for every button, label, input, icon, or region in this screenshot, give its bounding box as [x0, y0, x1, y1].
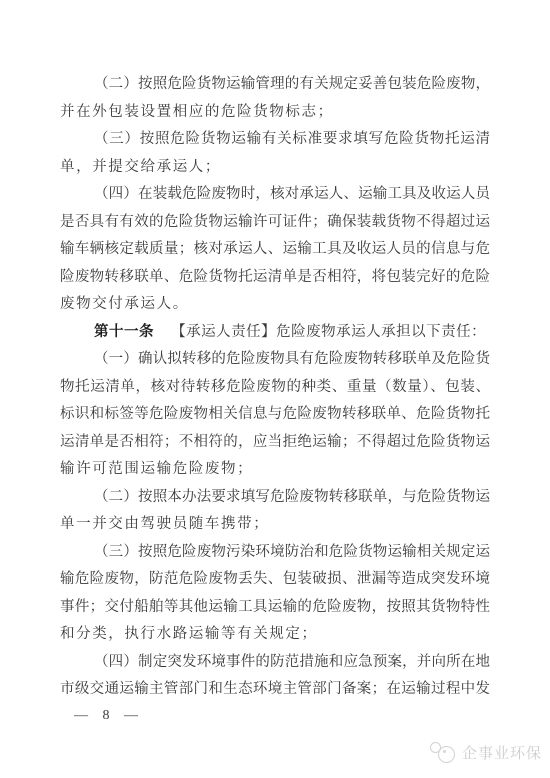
- text-line: （一）确认拟转移的危险废物具有危险废物转移联单及危险货: [60, 346, 490, 374]
- text-line: （四）在装载危险废物时，核对承运人、运输工具及收运人员: [60, 181, 490, 209]
- article-title: 【承运人责任】危险废物承运人承担以下责任：: [171, 324, 486, 340]
- text-line: 并在外包装设置相应的危险货物标志；: [60, 99, 490, 127]
- text-line: （三）按照危险废物污染环境防治和危险货物运输相关规定运: [60, 539, 490, 567]
- document-page: （二）按照危险货物运输管理的有关规定妥善包装危险废物， 并在外包装设置相应的危险…: [0, 0, 550, 778]
- text-line: 物托运清单，核对待转移危险废物的种类、重量（数量）、包装、: [60, 374, 490, 402]
- text-line: 单，并提交给承运人；: [60, 154, 490, 182]
- text-line: 是否具有有效的危险货物运输许可证件；确保装载货物不得超过运: [60, 209, 490, 237]
- text-line: 市级交通运输主管部门和生态环境主管部门备案；在运输过程中发: [60, 676, 490, 704]
- article-number: 第十一条: [94, 324, 154, 340]
- page-number: — 8 —: [74, 708, 140, 724]
- text-line: 输车辆核定载质量；核对承运人、运输工具及收运人员的信息与危: [60, 236, 490, 264]
- article-heading: 第十一条 【承运人责任】危险废物承运人承担以下责任：: [60, 319, 490, 347]
- text-line: 运清单是否相符；不相符的，应当拒绝运输；不得超过危险货物运: [60, 429, 490, 457]
- text-line: 标识和标签等危险废物相关信息与危险废物转移联单、危险货物托: [60, 401, 490, 429]
- text-line: （二）按照本办法要求填写危险废物转移联单，与危险货物运: [60, 484, 490, 512]
- text-line: （二）按照危险货物运输管理的有关规定妥善包装危险废物，: [60, 71, 490, 99]
- document-body: （二）按照危险货物运输管理的有关规定妥善包装危险废物， 并在外包装设置相应的危险…: [60, 71, 490, 704]
- text-line: 输危险废物，防范危险废物丢失、包装破损、泄漏等造成突发环境: [60, 566, 490, 594]
- watermark-label: 企事业环保: [462, 742, 542, 763]
- watermark: 企事业环保: [430, 740, 542, 764]
- text-line: 废物交付承运人。: [60, 291, 490, 319]
- text-line: 事件；交付船舶等其他运输工具运输的危险废物，按照其货物特性: [60, 594, 490, 622]
- text-line: 和分类，执行水路运输等有关规定；: [60, 621, 490, 649]
- text-line: 险废物转移联单、危险货物托运清单是否相符，将包装完好的危险: [60, 264, 490, 292]
- text-line: 单一并交由驾驶员随车携带；: [60, 511, 490, 539]
- text-line: （三）按照危险货物运输有关标准要求填写危险货物托运清: [60, 126, 490, 154]
- text-line: 输许可范围运输危险废物；: [60, 456, 490, 484]
- panda-chat-logo-icon: [430, 740, 457, 764]
- text-line: （四）制定突发环境事件的防范措施和应急预案，并向所在地: [60, 649, 490, 677]
